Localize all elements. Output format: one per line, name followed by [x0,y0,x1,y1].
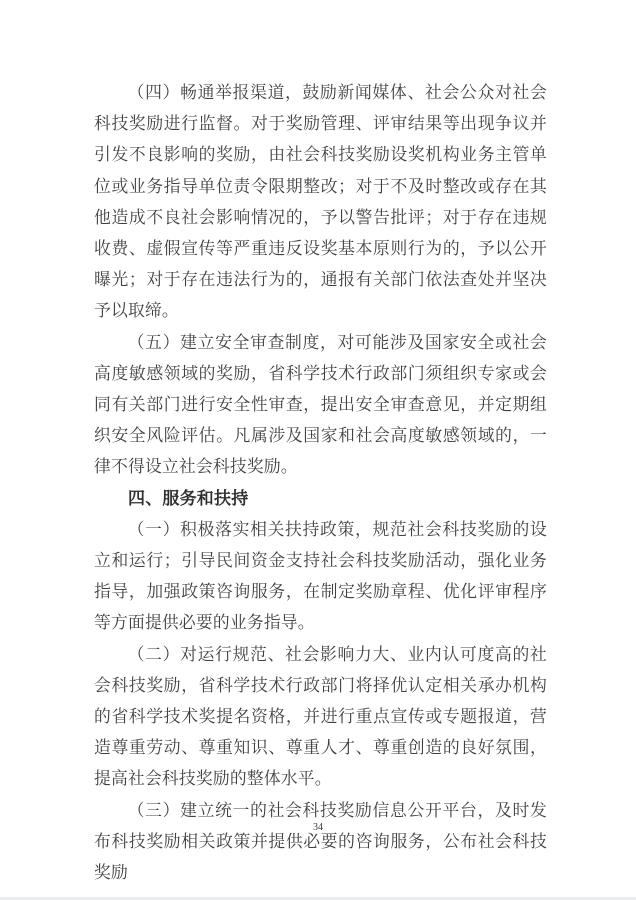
section-heading-service-support: 四、服务和扶持 [94,483,547,514]
paragraph-support-policy-1: （一）积极落实相关扶持政策，规范社会科技奖励的设立和运行；引导民间资金支持社会科… [94,514,547,639]
paragraph-info-platform-3: （三）建立统一的社会科技奖励信息公开平台，及时发布科技奖励相关政策并提供必要的咨… [94,795,547,889]
paragraph-security-review-5: （五）建立安全审查制度，对可能涉及国家安全或社会高度敏感领域的奖励，省科学技术行… [94,327,547,483]
document-body: （四）畅通举报渠道，鼓励新闻媒体、社会公众对社会科技奖励进行监督。对于奖励管理、… [94,77,547,888]
paragraph-supervision-4: （四）畅通举报渠道，鼓励新闻媒体、社会公众对社会科技奖励进行监督。对于奖励管理、… [94,77,547,327]
document-page: （四）畅通举报渠道，鼓励新闻媒体、社会公众对社会科技奖励进行监督。对于奖励管理、… [0,0,636,900]
paragraph-recognition-2: （二）对运行规范、社会影响力大、业内认可度高的社会科技奖励，省科学技术行政部门将… [94,639,547,795]
page-number: 34 [0,822,636,834]
